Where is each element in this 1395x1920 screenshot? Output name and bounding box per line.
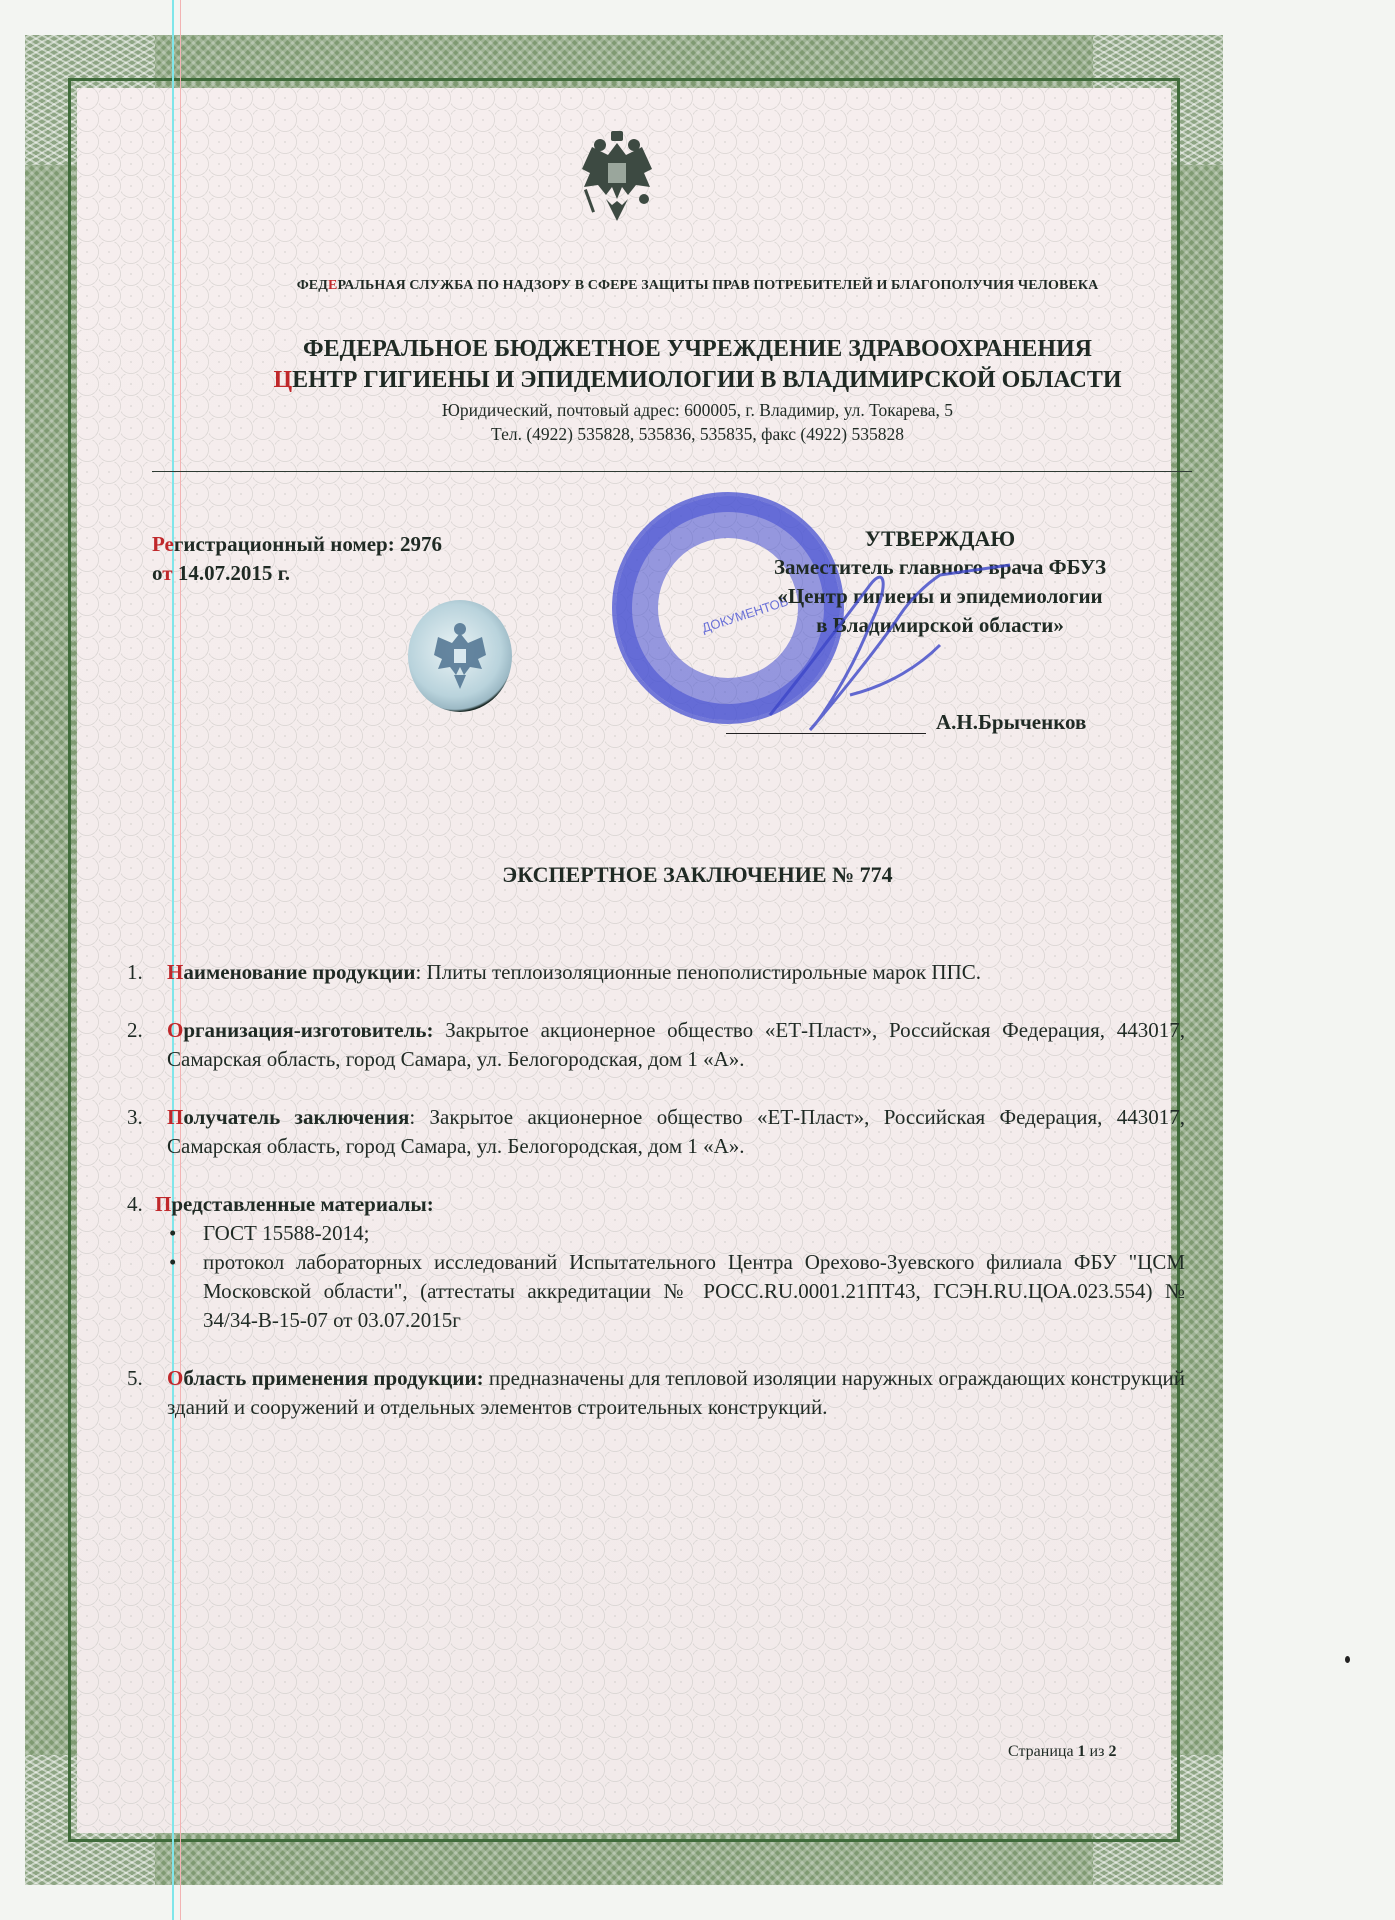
header-divider: [152, 471, 1192, 472]
organization-name-line1: ФЕДЕРАЛЬНОЕ БЮДЖЕТНОЕ УЧРЕЖДЕНИЕ ЗДРАВОО…: [0, 336, 1395, 363]
registration-number-text: гистрационный номер: 2976: [174, 532, 442, 556]
hologram-seal-icon: [408, 600, 512, 712]
list-item-text: протокол лабораторных исследований Испыт…: [203, 1250, 1185, 1332]
registration-date-text: о: [152, 561, 162, 585]
page-of-label: из: [1086, 1743, 1109, 1760]
page-indicator: Страница 1 из 2: [1008, 1743, 1116, 1761]
registration-date: от 14.07.2015 г.: [152, 559, 442, 588]
section-number: 2.: [127, 1016, 143, 1045]
section-manufacturer: 2. Организация-изготовитель: Закрытое ак…: [127, 1016, 1185, 1074]
organization-name-text: ЕНТР ГИГИЕНЫ И ЭПИДЕМИОЛОГИИ В ВЛАДИМИРС…: [292, 367, 1121, 393]
section-number: 5.: [127, 1364, 143, 1393]
coat-of-arms-icon: [577, 128, 657, 228]
section-text: : Плиты теплоизоляционные пенополистирол…: [415, 960, 981, 984]
signer-name: А.Н.Брыченков: [936, 710, 1086, 735]
list-item: •протокол лабораторных исследований Испы…: [163, 1248, 1185, 1335]
red-letter: т: [162, 561, 172, 585]
agency-heading-part: РАЛЬНАЯ СЛУЖБА ПО НАДЗОРУ В СФЕРЕ ЗАЩИТЫ…: [337, 278, 1098, 293]
organization-name-line2: ЦЕНТР ГИГИЕНЫ И ЭПИДЕМИОЛОГИИ В ВЛАДИМИР…: [0, 367, 1395, 394]
list-item: •ГОСТ 15588-2014;: [163, 1219, 1185, 1248]
page-current: 1: [1078, 1743, 1086, 1760]
agency-heading-part: ФЕД: [297, 278, 328, 293]
bullet-icon: •: [169, 1219, 176, 1248]
section-label: бласть применения продукции:: [183, 1366, 483, 1390]
registration-number: Регистрационный номер: 2976: [152, 530, 442, 559]
section-label: рганизация-изготовитель:: [183, 1018, 433, 1042]
organization-phones: Тел. (4922) 535828, 535836, 535835, факс…: [0, 424, 1395, 445]
section-number: 4.: [127, 1190, 143, 1219]
page-label: Страница: [1008, 1743, 1078, 1760]
red-letters: Ре: [152, 532, 174, 556]
section-red-initial: Н: [167, 960, 183, 984]
section-label: аименование продукции: [183, 960, 415, 984]
section-product-name: 1. Наименование продукции: Плиты теплоиз…: [127, 958, 1185, 987]
section-materials: 4. Представленные материалы: •ГОСТ 15588…: [127, 1190, 1185, 1335]
list-item-text: ГОСТ 15588-2014;: [203, 1221, 369, 1245]
organization-red-letter: Ц: [273, 367, 292, 393]
section-red-initial: О: [167, 1018, 183, 1042]
section-red-initial: П: [155, 1192, 171, 1216]
section-red-initial: П: [167, 1105, 183, 1129]
section-label: олучатель заключения: [183, 1105, 409, 1129]
section-red-initial: О: [167, 1366, 183, 1390]
document-title: ЭКСПЕРТНОЕ ЗАКЛЮЧЕНИЕ № 774: [0, 862, 1395, 888]
registration-date-text: 14.07.2015 г.: [173, 561, 290, 585]
section-number: 1.: [127, 958, 143, 987]
bullet-icon: •: [169, 1248, 176, 1277]
conclusion-sections: 1. Наименование продукции: Плиты теплоиз…: [127, 958, 1185, 1451]
signature-line: [726, 733, 926, 734]
page-total: 2: [1108, 1743, 1116, 1760]
section-recipient: 3. Получатель заключения: Закрытое акцио…: [127, 1103, 1185, 1161]
agency-heading: ФЕДЕРАЛЬНАЯ СЛУЖБА ПО НАДЗОРУ В СФЕРЕ ЗА…: [0, 278, 1395, 294]
section-application-area: 5. Область применения продукции: предназ…: [127, 1364, 1185, 1422]
organization-address: Юридический, почтовый адрес: 600005, г. …: [0, 400, 1395, 421]
section-label: редставленные материалы:: [171, 1192, 433, 1216]
section-number: 3.: [127, 1103, 143, 1132]
registration-block: Регистрационный номер: 2976 от 14.07.201…: [152, 530, 442, 588]
materials-list: •ГОСТ 15588-2014; •протокол лабораторных…: [163, 1219, 1185, 1335]
scan-speck: [1345, 1656, 1350, 1663]
